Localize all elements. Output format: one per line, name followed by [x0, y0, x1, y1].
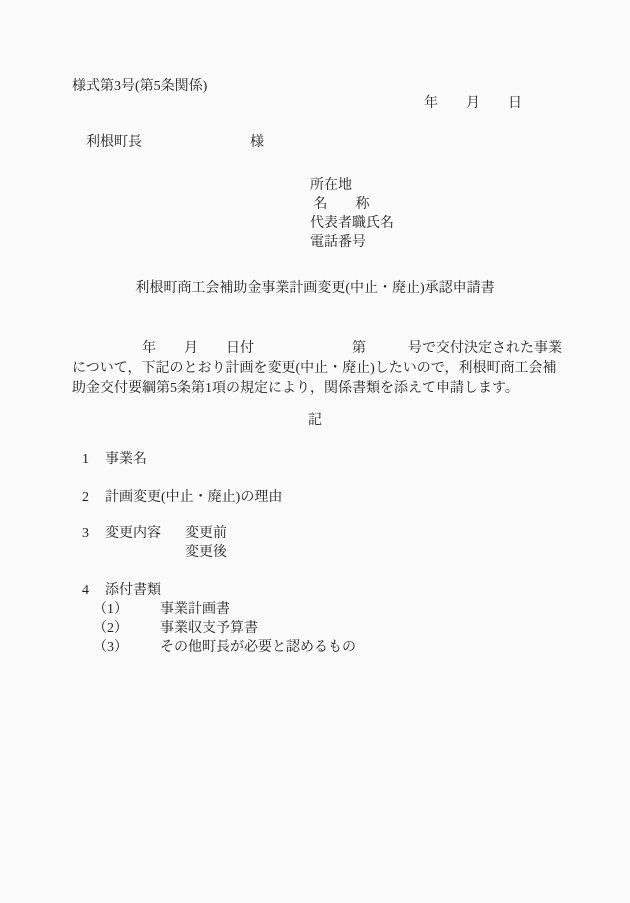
item-4-number: 4 [82, 583, 105, 598]
document-page: 様式第3号(第5条関係) 年 月 日 利根町長 様 所在地 名 称 代表者職氏名… [0, 0, 630, 903]
sender-field-name: 名 称 [310, 195, 394, 214]
item-1: 1 事業名 [82, 452, 147, 467]
item-3-label: 変更内容 [105, 526, 161, 541]
item-1-number: 1 [82, 452, 105, 467]
ki-marker: 記 [0, 413, 630, 428]
attachment-3: （3） その他町長が必要と認めるもの [93, 640, 356, 655]
addressee-name: 利根町長 [86, 135, 142, 150]
attachment-1-number: （1） [93, 602, 160, 617]
body-paragraph: 年 月 日付 第 号で交付決定された事業 について，下記のとおり計画を変更(中止… [72, 339, 577, 399]
addressee-honorific: 様 [250, 135, 264, 150]
form-number: 様式第3号(第5条関係) [72, 79, 207, 94]
attachment-2: （2） 事業収支予算書 [93, 621, 258, 636]
body-line-3: 助金交付要綱第5条第1項の規定により，関係書類を添えて申請します。 [72, 379, 577, 399]
item-2-label: 計画変更(中止・廃止)の理由 [105, 490, 282, 505]
item-3-number: 3 [82, 526, 105, 541]
item-3-sub-column: 変更前 変更後 [185, 524, 227, 562]
item-1-label: 事業名 [105, 452, 147, 467]
attachment-1: （1） 事業計画書 [93, 602, 230, 617]
item-4: 4 添付書類 [82, 583, 161, 598]
attachment-3-number: （3） [93, 640, 160, 655]
attachment-2-label: 事業収支予算書 [160, 621, 258, 636]
attachment-1-label: 事業計画書 [160, 602, 230, 617]
item-2: 2 計画変更(中止・廃止)の理由 [82, 490, 282, 505]
item-4-label: 添付書類 [105, 583, 161, 598]
body-line-2: について，下記のとおり計画を変更(中止・廃止)したいので，利根町商工会補 [72, 359, 577, 379]
change-after-label: 変更後 [185, 543, 227, 562]
date-line: 年 月 日 [424, 96, 522, 111]
sender-field-representative: 代表者職氏名 [310, 214, 394, 233]
document-title: 利根町商工会補助金事業計画変更(中止・廃止)承認申請書 [0, 281, 630, 296]
attachment-2-number: （2） [93, 621, 160, 636]
item-3: 3 変更内容 [82, 526, 161, 541]
sender-block: 所在地 名 称 代表者職氏名 電話番号 [310, 176, 394, 252]
body-line-1: 年 月 日付 第 号で交付決定された事業 [72, 339, 577, 359]
sender-field-address: 所在地 [310, 176, 394, 195]
attachment-3-label: その他町長が必要と認めるもの [160, 640, 356, 655]
sender-field-phone: 電話番号 [310, 233, 394, 252]
item-2-number: 2 [82, 490, 105, 505]
change-before-label: 変更前 [185, 524, 227, 543]
